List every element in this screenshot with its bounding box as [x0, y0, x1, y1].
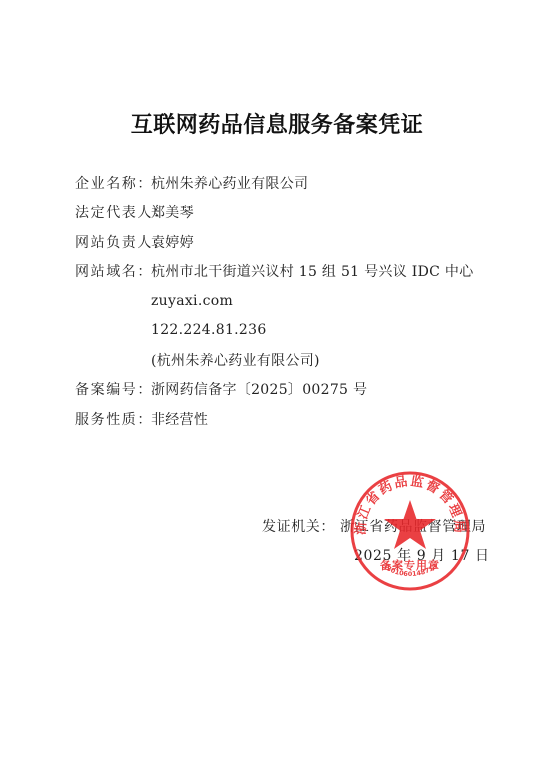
field-label: 备案编号： [75, 379, 151, 399]
field-value: 浙网药信备字〔2025〕00275 号 [151, 379, 367, 399]
field-label: 法定代表人： [75, 202, 151, 222]
field-ip-address: 网站域名： 122.224.81.236 [75, 316, 515, 346]
field-label: 网站负责人： [75, 232, 151, 252]
field-value: (杭州朱养心药业有限公司) [151, 350, 320, 370]
field-value: 郑美琴 [151, 202, 194, 222]
field-label: 企业名称： [75, 173, 151, 193]
issue-date: 2025 年 9 月 17 日 [354, 545, 490, 565]
field-website-owner: 网站负责人： 袁婷婷 [75, 227, 515, 257]
field-value: 袁婷婷 [151, 232, 194, 252]
field-value: 杭州市北干街道兴议村 15 组 51 号兴议 IDC 中心 [151, 261, 474, 281]
field-domain-name: 网站域名： zuyaxi.com [75, 286, 515, 316]
field-service-nature: 服务性质： 非经营性 [75, 404, 515, 434]
field-value: 122.224.81.236 [151, 322, 267, 338]
certificate-fields: 企业名称： 杭州朱养心药业有限公司 法定代表人： 郑美琴 网站负责人： 袁婷婷 … [75, 168, 515, 434]
field-label: 网站域名： [75, 261, 151, 281]
field-record-number: 备案编号： 浙网药信备字〔2025〕00275 号 [75, 375, 515, 405]
field-label: 服务性质： [75, 409, 151, 429]
field-company-name: 企业名称： 杭州朱养心药业有限公司 [75, 168, 515, 198]
field-domain-owner: 网站域名： (杭州朱养心药业有限公司) [75, 345, 515, 375]
field-value: zuyaxi.com [151, 293, 233, 309]
field-legal-representative: 法定代表人： 郑美琴 [75, 198, 515, 228]
issuing-authority: 发证机关： 浙江省药品监督管理局 [262, 516, 486, 536]
field-website-domain: 网站域名： 杭州市北干街道兴议村 15 组 51 号兴议 IDC 中心 [75, 257, 515, 287]
field-value: 非经营性 [151, 409, 208, 429]
field-value: 杭州朱养心药业有限公司 [151, 173, 308, 193]
document-title: 互联网药品信息服务备案凭证 [0, 108, 554, 139]
